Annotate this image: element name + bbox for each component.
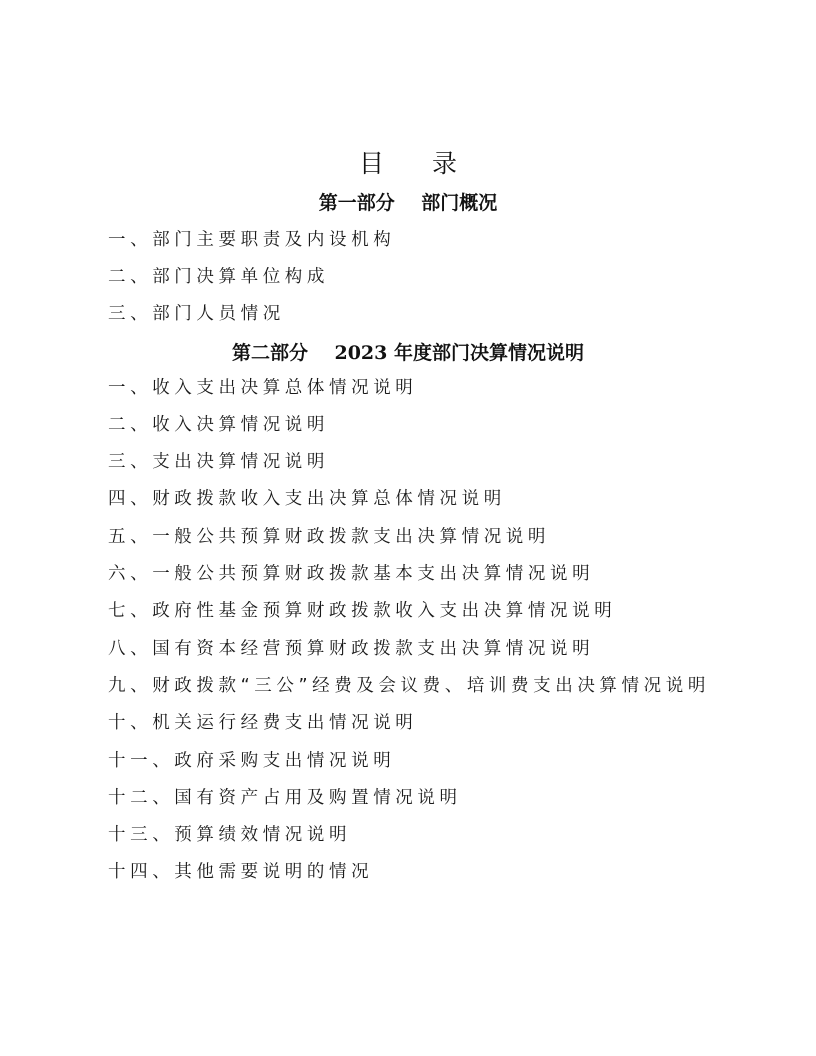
toc-item: 六、一般公共预算财政拨款基本支出决算情况说明 bbox=[108, 560, 594, 585]
toc-item: 二、部门决算单位构成 bbox=[108, 263, 329, 288]
toc-item: 四、财政拨款收入支出决算总体情况说明 bbox=[108, 485, 506, 510]
toc-item: 一、收入支出决算总体情况说明 bbox=[108, 374, 417, 399]
toc-item: 十、机关运行经费支出情况说明 bbox=[108, 709, 417, 734]
part-1-heading: 第一部分 部门概况 bbox=[0, 188, 816, 215]
toc-item: 十三、预算绩效情况说明 bbox=[108, 821, 351, 846]
toc-title: 目 录 bbox=[0, 144, 816, 180]
toc-item: 五、一般公共预算财政拨款支出决算情况说明 bbox=[108, 523, 550, 548]
toc-item: 一、部门主要职责及内设机构 bbox=[108, 226, 395, 251]
toc-item: 十二、国有资产占用及购置情况说明 bbox=[108, 784, 462, 809]
toc-item: 三、支出决算情况说明 bbox=[108, 448, 329, 473]
toc-item: 二、收入决算情况说明 bbox=[108, 411, 329, 436]
document-page: 目 录 第一部分 部门概况 一、部门主要职责及内设机构 二、部门决算单位构成 三… bbox=[0, 0, 816, 1056]
toc-item: 九、财政拨款“三公”经费及会议费、培训费支出决算情况说明 bbox=[108, 672, 710, 697]
part-2-heading: 第二部分 2023 年度部门决算情况说明 bbox=[0, 338, 816, 365]
toc-item: 三、部门人员情况 bbox=[108, 300, 285, 325]
toc-item: 七、政府性基金预算财政拨款收入支出决算情况说明 bbox=[108, 597, 616, 622]
toc-item: 十一、政府采购支出情况说明 bbox=[108, 747, 395, 772]
toc-item: 八、国有资本经营预算财政拨款支出决算情况说明 bbox=[108, 635, 594, 660]
toc-item: 十四、其他需要说明的情况 bbox=[108, 858, 373, 883]
